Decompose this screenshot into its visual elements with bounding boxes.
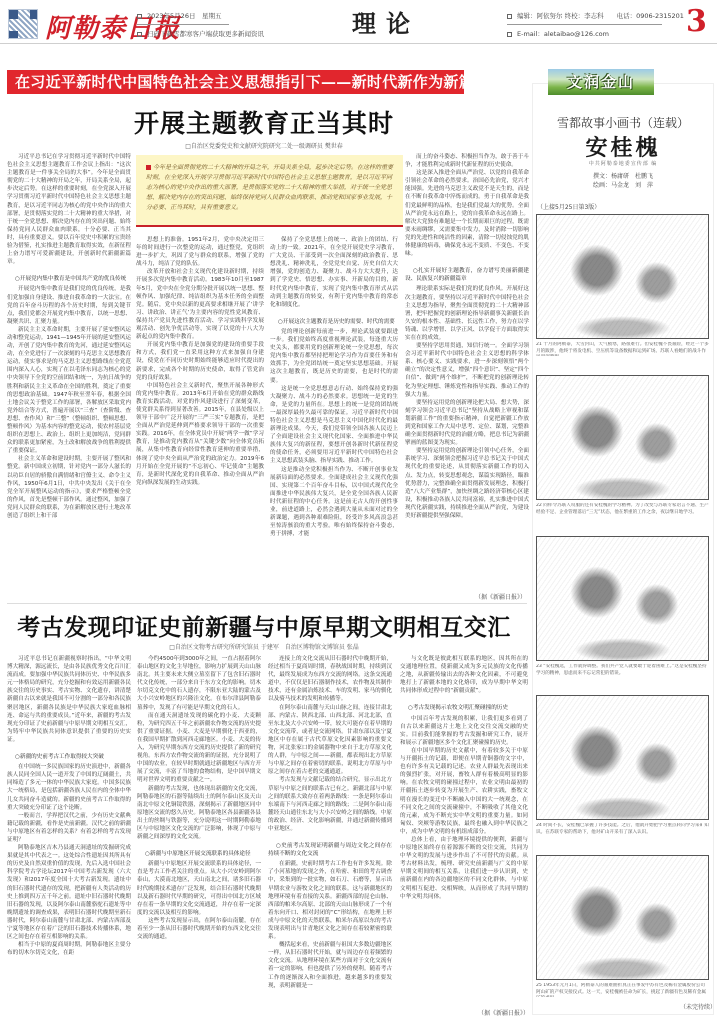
panel-caption: 22 同样令苏联人叹服的还有安桂槐的学习精神。为了改变与苏联专家语言不通、生产经… (536, 503, 709, 517)
comic-publisher: 中共阿勒泰地委宣传部 编 (533, 160, 713, 167)
paragraph: 要坚持学思用贯通，知信行统一。全面学习领会习近平新时代中国特色社会主义思想的科学… (405, 342, 529, 399)
paragraph: 考古发现与文献记载的结合研究，显示出北方草原与中原之间的联系古已有之。新疆北部与… (268, 776, 392, 833)
comic-credits: 撰文：杨庸研 杜鹏飞 绘画：马金龙 刘 萍 (533, 172, 713, 190)
paragraph: 社会主义革命和建设时期，主要开展了整风和整党。新中国成立初期，针对党内一部分人滋… (7, 455, 131, 520)
section-title: 理论 (352, 4, 420, 39)
paragraph: 在中国早期的历史文献中，有着较多关于中原与开疆拓土的记载，即便在早期青铜器的文字… (400, 747, 528, 836)
paragraph: 在新疆，史前时期考古工作也有许多发现。除了小河墓地的发现之外，在哈密、和田的考古… (268, 860, 392, 941)
article-divider (7, 603, 527, 604)
theme-banner: 在习近平新时代中国特色社会主义思想指引下——新时代新作为新篇章 (7, 70, 464, 94)
panel-caption: 24 时间不长，安桂槐已掌握了许多技能。之后，他就开始把学习重点转向学习采矿知识… (536, 823, 709, 837)
paragraph: 相当于中原的夏商周时期，阿勒泰地区主要分布的切木尔切克文化，在距 (7, 941, 131, 957)
paragraph: 中国百年考古发现的积累，让我们更多看到了自古以来新疆这片土地上文化交往交流交融的… (400, 715, 528, 747)
article2-column-3: 连接上的文化交流从旧石器时代中晚期开始，经过相当于夏商周时期，春秋战国时期，持续… (268, 655, 392, 1017)
divider (137, 24, 229, 25)
comic-title[interactable]: 安桂槐 (533, 131, 713, 162)
paragraph: 开展党内集中教育是加强党的建设的重要手段和方式，我们党一直采用这种方式来加强自身… (136, 341, 264, 381)
paragraph: 在中国统一多民族国家的历史演进中，新疆各族人民同全国人民一道开发了中国的辽阔疆土… (7, 763, 131, 812)
subheading: ○开展这次主题教育是历史的需要、时代的需要 (270, 318, 398, 326)
article1-lead-callout: 今年是全面贯彻党的二十大精神的开局之年，开局关系全局，起步决定后势。在这样的重要… (136, 155, 403, 227)
paragraph: 与文化既是彼此相互联系的地区，因其所在的交通地理位置，使新疆又成为多元民族的文化… (400, 655, 528, 695)
square-bullet-icon (507, 14, 512, 19)
article1-column-2: 思想上的准备。1951年2月，党中央决定用三年的时间进行一次整党的运动，通过整党… (136, 236, 264, 603)
paragraph: 这是推动全党积极担当作为、不断开创事业发展新局面的必然要求。全面建成社会主义现代… (270, 466, 398, 539)
paragraph: 开展党内集中教育是我们党的优良传统，是我们党加强自身建设、推进自我革命的一大法宝… (7, 285, 131, 325)
article2-column-4: 与文化既是彼此相互联系的地区，因其所在的交通地理位置，使新疆又成为多元民族的文化… (400, 655, 528, 1007)
issue-date: 2023年5月26日 星期五 (147, 12, 221, 20)
article1-column-3: 保持了全党思想上的统一、政治上的团结、行动上的一致。2021年，在全党开展党史学… (270, 236, 398, 603)
writer-credit: 撰文：杨庸研 杜鹏飞 (533, 172, 713, 181)
contact-email[interactable]: E-mail：aletaibao@126.com (517, 30, 609, 38)
article2-column-1: 习近平总书记在新疆视察时指出，“中华文明博大精深，源远流长，是由各民族优秀文化百… (7, 655, 131, 1017)
paragraph: 总体上看，由于地理环境提供的便利，新疆与中原地区始终存在着源源不断的交往交流，共… (400, 836, 528, 901)
paragraph: 要坚持运用党的创新理论引领中心任务，全面系统学习、深刻领会把握习近平总书记关于中… (405, 447, 529, 520)
paragraph: 新疆的考古发现，也体现出新疆的文化交流，阿勒泰地区的石器等陆续出土的阿尔泰山区及… (137, 785, 261, 842)
article2-column-2: 今约4500年到3000年之间，一直占据着阿尔泰山地区的文化主导地位，影响力扩展… (137, 655, 261, 1017)
qr-code-icon[interactable] (8, 9, 38, 39)
square-bullet-icon (137, 14, 142, 19)
subheading: ○新疆与中原地区开展交流联系的具体途径 (137, 850, 261, 858)
comic-panel-23[interactable] (536, 536, 709, 661)
article2-byline: □自治区文物考古研究所研究馆员 于建军 自治区博物馆文博馆员 张晶 (0, 642, 528, 651)
callout-text: 今年是全面贯彻党的二十大精神的开局之年，开局关系全局，起步决定后势。在这样的重要… (146, 164, 393, 211)
paragraph: 新疆与中原地区开展交流联系的具体途径，一直是考古工作者关注的重点。从大小兴安岭到… (137, 860, 261, 917)
paragraph: 思想上的准备。1951年2月，党中央决定用三年的时间进行一次整党的运动，通过整党… (136, 236, 264, 268)
article1-byline: □自治区党委党史和文献研究院研究二处一级调研员 樊世春 (0, 141, 528, 150)
square-bullet-icon (146, 165, 151, 170)
paragraph: 这是深入推进全面从严治党、以党的自我革命引领社会革命的必然要求。治国必先治党，党… (405, 169, 529, 258)
paragraph: 而上的奋斗姿态、积极担当作为，敢于善于斗争，才能胜利完成新时代新征程的历史使命。 (405, 153, 529, 169)
article1-column-4: 而上的奋斗姿态、积极担当作为，敢于善于斗争，才能胜利完成新时代新征程的历史使命。… (405, 153, 529, 590)
continued-from-note: （上接5月25日第3版） (537, 202, 600, 211)
paragraph: 一般而言，学界把汉代之前，少有历史文献典籍记载的新疆，看作是史前新疆。汉代之前的… (7, 812, 131, 844)
app-download-note: 扫码下载雪都寒客户端获取更多新闻资讯 (147, 30, 264, 38)
article2-source: （据《新疆日报》） (478, 1008, 529, 1017)
subheading: ○史前考古发现证明新疆与周边文化之间存在持续不断的文化交流 (268, 842, 392, 858)
paragraph: 而在通天洞遗址发现的碳化的小麦、大麦颗粒，为研究四五千年之前新疆农作物交流的历史… (137, 712, 261, 785)
comic-panel-22[interactable] (536, 375, 709, 500)
square-bullet-icon (507, 32, 512, 37)
paragraph: 连接上的文化交流从旧石器时代中晚期开始，经过相当于夏商周时期，春秋战国时期，持续… (268, 655, 392, 704)
square-bullet-icon (137, 32, 142, 37)
paragraph: 概括起来看，史前新疆与祖国大多数边疆地区一样，从旧石器时代开始，就与周边存在着频… (268, 941, 392, 990)
to-be-continued-note: （未完待续） (680, 1002, 716, 1011)
paragraph: 改革开放和社会主义现代化建设新时期，持续开展多次党内集中教育活动。1983年10… (136, 268, 264, 341)
masthead: 阿勒泰日报 2023年5月26日 星期五 扫码下载雪都寒客户端获取更多新闻资讯 … (0, 0, 717, 44)
paragraph: 新民主主义革命时期，主要开展了延安整风运动和整党运动。1941—1945年开展的… (7, 326, 131, 456)
paragraph: 党的理论创新每前进一步，理论武装就要跟进一步。我们党始终高度重视理论武装，每逢重… (270, 328, 398, 385)
paragraph: 阿勒泰地区吉木乃县通天洞遗址的发掘研究成果就是其中代表之一。这处综合性遗址因其所… (7, 844, 131, 941)
panel-caption: 25 1953年元月1日，阿勒泰人的艰难曲折真正在事发中苏有色及稀有金属股份公司… (536, 983, 709, 997)
comic-panel-25[interactable] (536, 855, 709, 980)
editor-block: 编辑：阿依努尔 终校：李志科 电话：0906-2315201 E-mail：al… (507, 10, 677, 40)
editor-credits: 编辑：阿依努尔 终校：李志科 电话：0906-2315201 (517, 12, 684, 20)
subheading: ○新疆的史前考古工作取得较大突破 (7, 753, 131, 761)
comic-panel-21[interactable] (536, 214, 709, 339)
article1-source: （据《新疆日报》） (475, 592, 526, 601)
panel-caption: 23 “安桂槐选，工作就得调整。我们共产党人就要敢于迎着困难上。”这是安桂槐坚持… (536, 664, 709, 678)
paragraph: 这些考古发现显示出，在阿尔泰山南麓，存在着至少一条从旧石器时代晚期开始的东西文化… (137, 917, 261, 941)
paragraph: 这是统一全党思想意志行动、始终保持党的强大凝聚力、战斗力的必然要求。思想统一是党… (270, 385, 398, 466)
paragraph: 今约4500年到3000年之间，一直占据着阿尔泰山地区的文化主导地位，影响力扩展… (137, 655, 261, 712)
comic-series-title: 雪都故事小画书（连载） (533, 114, 713, 131)
article1-column-1: 习近平总书记在学习贯彻习近平新时代中国特色社会主义思想主题教育工作会议上指出：“… (7, 153, 131, 603)
panel-caption: 21 十月的阿勒泰，大雪封山，天气极寒，路很难行。但安桂槐不畏艰险，经过一个多月… (536, 342, 709, 356)
subheading: ○扎实开展好主题教育，奋力谱写美丽新疆建设、民族复兴的新疆篇章 (405, 267, 529, 283)
date-block: 2023年5月26日 星期五 扫码下载雪都寒客户端获取更多新闻资讯 (137, 10, 257, 40)
paragraph: 在阿尔泰山南麓与天山山脉之间，连接甘肃北部、内蒙古、陕西北部、山西北部、河北北部… (268, 704, 392, 777)
subheading: ○开展党内集中教育是中国共产党的优良传统 (7, 275, 131, 283)
illustrator-credit: 绘画：马金龙 刘 萍 (533, 181, 713, 190)
page-number: 3 (686, 4, 707, 39)
paragraph: 习近平总书记在新疆视察时指出，“中华文明博大精深，源远流长，是由各民族优秀文化百… (7, 655, 131, 744)
paragraph: 理论联系实际是我们党的优良作风。开展好这次主题教育，要坚持以习近平新时代中国特色… (405, 285, 529, 342)
column-badge: 文润金山 (548, 69, 654, 95)
paragraph: 保持了全党思想上的统一、政治上的团结、行动上的一致。2021年，在全党开展党史学… (270, 236, 398, 309)
comic-panel-24[interactable] (536, 695, 709, 820)
paragraph: 中国特色社会主义新时代，聚焦开展各种形式的党内集中教育。2013年6月开始在党的… (136, 382, 264, 487)
paragraph: 习近平总书记在学习贯彻习近平新时代中国特色社会主义思想主题教育工作会议上指出：“… (7, 153, 131, 266)
article1-headline[interactable]: 开展主题教育正当其时 (0, 104, 528, 140)
subheading: ○考古发现揭示农牧文明汇聚碰撞的历史 (400, 704, 528, 712)
paragraph: 要坚持运用党的创新理论把大局、想大势，深刻学习领会习近平总书记“坚持从战略上审视… (405, 399, 529, 448)
article2-headline[interactable]: 考古发现印证史前新疆与中原早期文明相互交汇 (0, 609, 528, 642)
divider (507, 24, 662, 25)
